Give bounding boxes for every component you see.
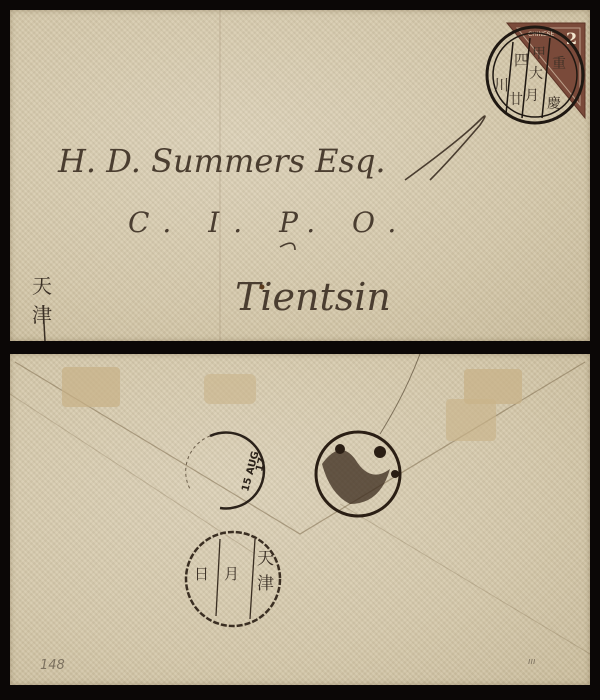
postmark-char: 廿 <box>509 92 523 108</box>
address-line-office: C. I. P. O. <box>128 206 410 239</box>
svg-text:CHINESE: CHINESE <box>528 31 555 38</box>
pm-char-3: 月 <box>224 565 239 583</box>
envelope-back: 15 AUG 17 天 津 月 日 148 ııı <box>10 354 590 685</box>
postmark-char: 重 <box>552 56 566 72</box>
postmark-char: 甲 <box>532 46 546 62</box>
envelope-front-art: 2 CHINESE 四 川 甲 大 月 廿 重 慶 H. D. Summers … <box>10 10 590 341</box>
postmark-char: 川 <box>494 76 509 94</box>
postmark-char: 大 <box>529 65 543 82</box>
pencil-note: 148 <box>40 658 65 673</box>
side-note-char-1: 天 <box>32 274 52 298</box>
envelope-back-art: 15 AUG 17 天 津 月 日 148 ııı <box>10 354 590 685</box>
postmark-aug-year: 17 <box>254 456 268 472</box>
postmark-char: 月 <box>525 88 539 104</box>
postmark-char: 四 <box>514 51 529 69</box>
envelope-front: 2 CHINESE 四 川 甲 大 月 廿 重 慶 H. D. Summers … <box>10 10 590 341</box>
pm-char-4: 日 <box>194 565 209 583</box>
postmark-aug: 15 AUG 17 <box>186 432 269 508</box>
postmark-char: 慶 <box>547 96 561 112</box>
pm-char-1: 天 <box>257 549 274 569</box>
address-line-city: Tientsin <box>235 275 391 319</box>
address-line-name: H. D. Summers Esq. <box>57 142 386 180</box>
side-note-char-2: 津 <box>32 303 52 327</box>
pm-char-2: 津 <box>257 574 274 594</box>
corner-mark: ııı <box>528 657 536 667</box>
postmark-tientsin: 天 津 月 日 <box>186 532 280 626</box>
postmark-smudged <box>316 432 400 516</box>
